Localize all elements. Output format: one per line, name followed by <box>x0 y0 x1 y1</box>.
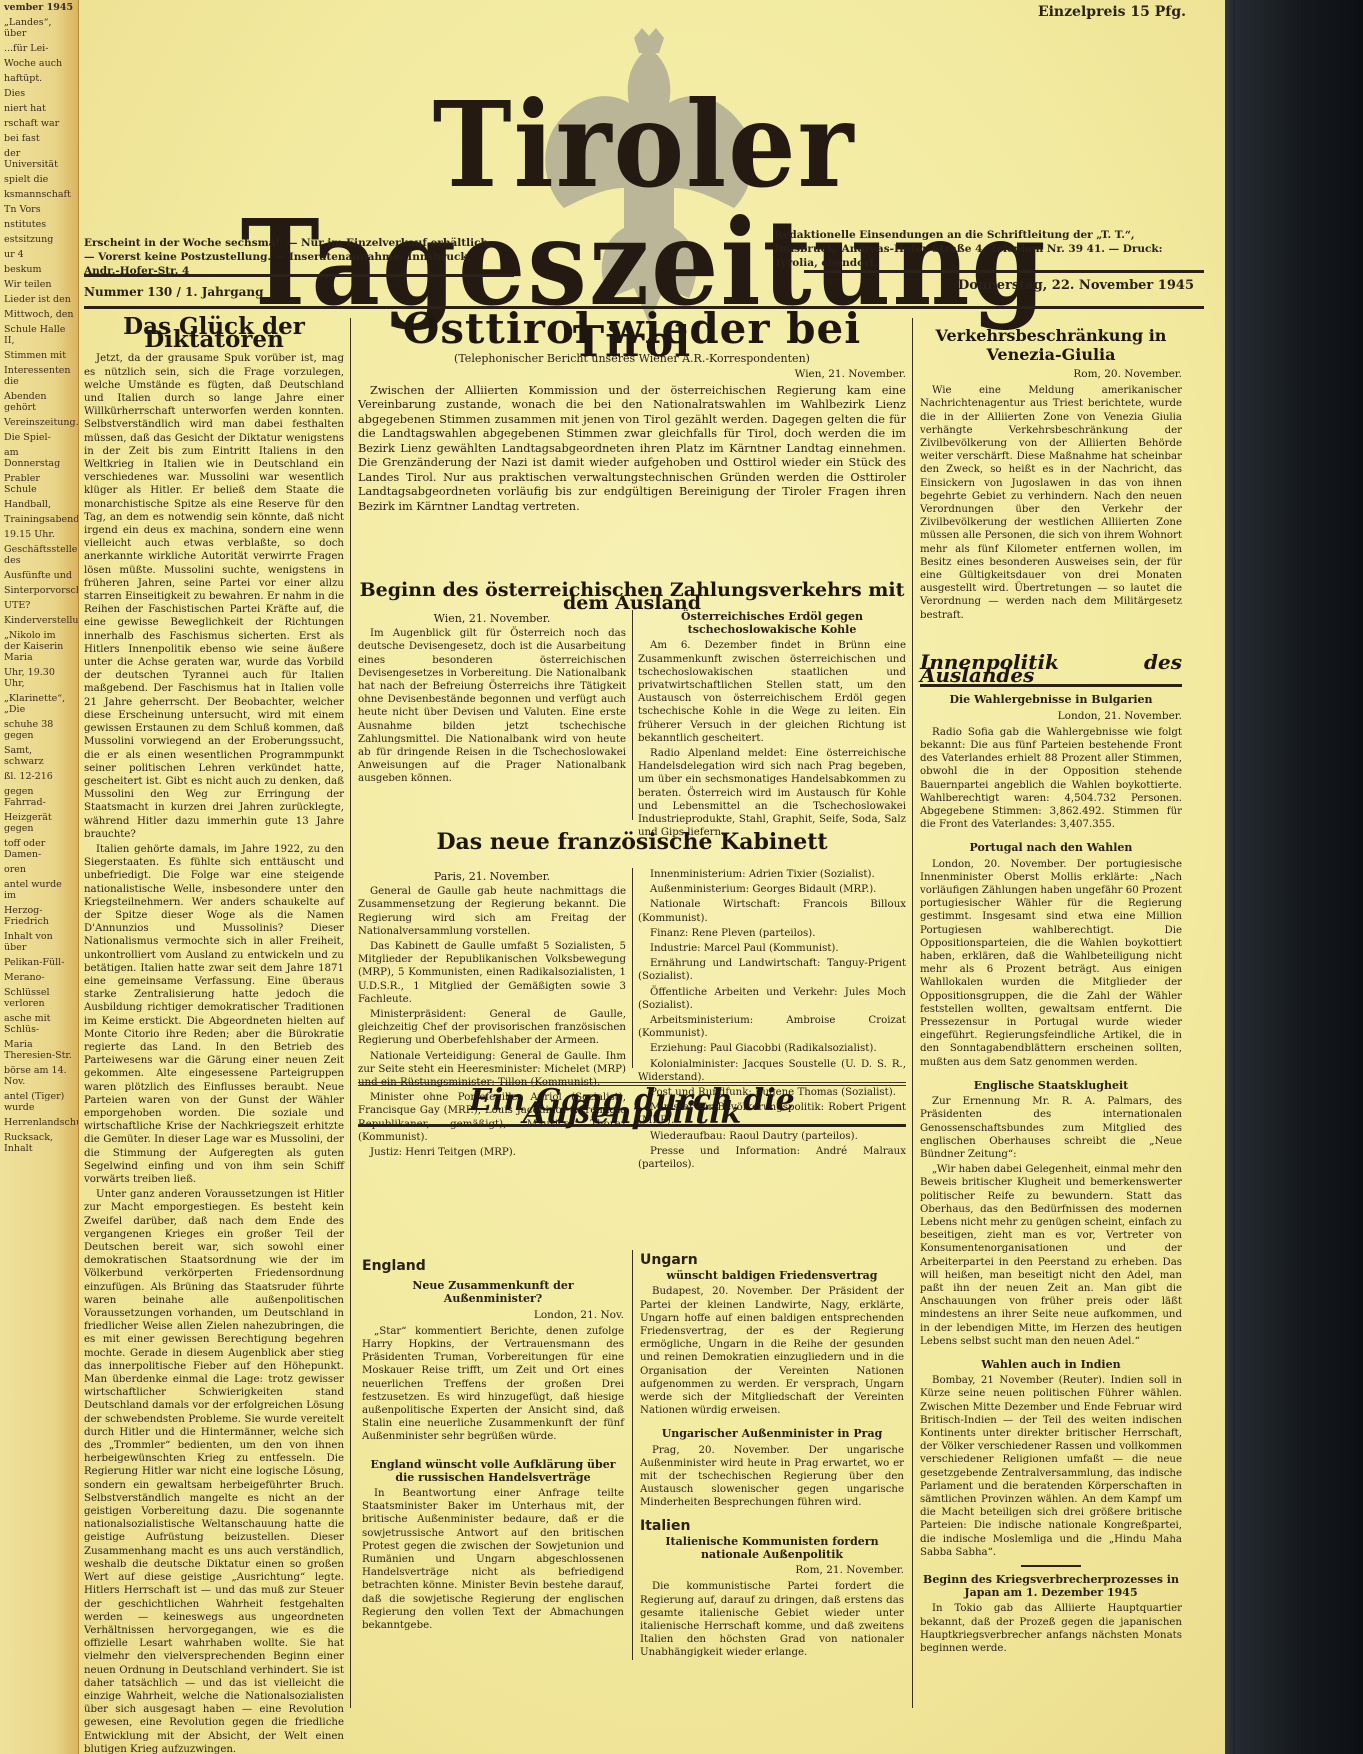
article-inner-politics: Innenpolitik des Auslandes Die Wahlergeb… <box>920 656 1182 1657</box>
headline-foreign-policy: Ein Gang durch die Außenpolitik <box>358 1082 906 1127</box>
headline-inner-politics: Innenpolitik des Auslandes <box>920 656 1182 687</box>
dateline: London, 21. Nov. <box>362 1309 624 1322</box>
book-binder <box>1213 0 1363 1754</box>
prev-page-line: Mittwoch, den <box>0 307 78 322</box>
foreign-banner-wrap: Ein Gang durch die Außenpolitik <box>358 1082 906 1127</box>
dateline: Rom, 20. November. <box>920 368 1182 381</box>
paragraph: Italien gehörte damals, im Jahre 1922, z… <box>84 843 344 1186</box>
masthead-rule-left <box>84 274 514 277</box>
prev-page-line: Vereinszeitung. <box>0 415 78 430</box>
prev-page-line: Wir teilen <box>0 277 78 292</box>
prev-page-line: Samt, schwarz <box>0 743 78 769</box>
country-italien: Italien <box>640 1520 904 1533</box>
prev-page-line: gegen Fahrrad- <box>0 784 78 810</box>
prev-page-line: Kinderverstellung <box>0 613 78 628</box>
prev-page-line: antel wurde im <box>0 877 78 903</box>
prev-page-line: „Klarinette“, „Die <box>0 691 78 717</box>
paragraph: Justiz: Henri Teitgen (MRP). <box>358 1146 626 1159</box>
prev-page-line: börse am 14. Nov. <box>0 1063 78 1089</box>
prev-page-line: Inhalt von über <box>0 929 78 955</box>
article-venezia: Verkehrsbeschränkung in Venezia-Giulia R… <box>920 326 1182 624</box>
newspaper-page: vember 1945 „Landes“, über...für Lei-Woc… <box>0 0 1225 1754</box>
prev-page-line: Lieder ist den <box>0 292 78 307</box>
paragraph: Ministerpräsident: General de Gaulle, gl… <box>358 1008 626 1048</box>
payments-right: Österreichisches Erdöl gegen tschechoslo… <box>638 610 906 841</box>
minister-entry: Presse und Information: André Malraux (p… <box>638 1145 906 1171</box>
paragraph: Radio Alpenland meldet: Eine österreichi… <box>638 747 906 839</box>
prev-page-line: Heizgerät gegen <box>0 810 78 836</box>
prev-page-line: Sinterporvorschriften <box>0 583 78 598</box>
prev-page-line: nstitutes <box>0 217 78 232</box>
prev-page-line: Pelikan-Füll- <box>0 955 78 970</box>
column-divider <box>350 318 351 1708</box>
column-divider <box>632 1250 633 1660</box>
prev-page-line: oren <box>0 862 78 877</box>
subheadline: Italienische Kommunisten fordern nationa… <box>640 1535 904 1561</box>
dateline: Wien, 21. November. <box>358 368 906 381</box>
separator <box>1021 1565 1081 1567</box>
prev-page-line: Rucksack, Inhalt <box>0 1130 78 1156</box>
dateline: Wien, 21. November. <box>358 612 626 625</box>
prev-page-line: niert hat <box>0 101 78 116</box>
paragraph: Zwischen der Alliierten Kommission und d… <box>358 384 906 515</box>
prev-page-line: Handball, <box>0 497 78 512</box>
masthead: Einzelpreis 15 Pfg. Tiroler Tageszeitung… <box>84 0 1204 290</box>
prev-page-line: UTE? <box>0 598 78 613</box>
paragraph: Das Kabinett de Gaulle umfaßt 5 Sozialis… <box>358 940 626 1006</box>
dateline: Paris, 21. November. <box>358 870 626 883</box>
editorial-info: Redaktionelle Einsendungen an die Schrif… <box>774 228 1194 270</box>
prev-page-line: toff oder Damen- <box>0 836 78 862</box>
minister-entry: Wiederaufbau: Raoul Dautry (parteilos). <box>638 1130 906 1143</box>
prev-page-line: bei fast <box>0 131 78 146</box>
paragraph: Radio Sofia gab die Wahlergebnisse wie f… <box>920 726 1182 832</box>
subheadline-oil: Österreichisches Erdöl gegen tschechoslo… <box>638 610 906 636</box>
country-england: England <box>362 1260 624 1273</box>
subheadline: Ungarischer Außenminister in Prag <box>640 1427 904 1440</box>
foreign-ungarn: Ungarn wünscht baldigen Friedensvertrag … <box>640 1252 904 1662</box>
paragraph: Prag, 20. November. Der ungarische Außen… <box>640 1444 904 1510</box>
subheadline: Beginn des Kriegsverbrecherprozesses in … <box>920 1573 1182 1599</box>
prev-page-line: Stimmen mit <box>0 348 78 363</box>
prev-page-line: Prabler Schule <box>0 471 78 497</box>
minister-entry: Öffentliche Arbeiten und Verkehr: Jules … <box>638 986 906 1012</box>
paragraph: In Beantwortung einer Anfrage teilte Sta… <box>362 1487 624 1632</box>
prev-page-line: Dies <box>0 86 78 101</box>
prev-page-line: Uhr, 19.30 Uhr, <box>0 665 78 691</box>
headline-payments: Beginn des österreichischen Zahlungsverk… <box>358 584 906 610</box>
minister-entry: Innenministerium: Adrien Tixier (Soziali… <box>638 868 906 881</box>
prev-page-line: schuhe 38 gegen <box>0 717 78 743</box>
paragraph: Am 6. Dezember findet in Brünn eine Zusa… <box>638 639 906 745</box>
prev-page-line: ßl. 12-216 <box>0 769 78 784</box>
prev-page-line: ...für Lei- <box>0 41 78 56</box>
paragraph: Wie eine Meldung amerikanischer Nachrich… <box>920 384 1182 622</box>
headline-venezia: Verkehrsbeschränkung in Venezia-Giulia <box>920 326 1182 364</box>
price: Einzelpreis 15 Pfg. <box>1038 4 1186 20</box>
prev-page-line: Trainingsabend <box>0 512 78 527</box>
payments-left: Wien, 21. November. Im Augenblick gilt f… <box>358 610 626 788</box>
country-ungarn: Ungarn <box>640 1254 904 1267</box>
subheadline: Wahlen auch in Indien <box>920 1358 1182 1371</box>
minister-entry: Finanz: Rene Pleven (parteilos). <box>638 927 906 940</box>
article-cabinet: Das neue französische Kabinett <box>358 832 906 855</box>
headline-cabinet: Das neue französische Kabinett <box>358 836 906 849</box>
article-osttirol: Osttirol wieder bei Tirol (Telephonische… <box>358 320 906 516</box>
minister-entry: Kolonialminister: Jacques Soustelle (U. … <box>638 1058 906 1084</box>
paragraph: London, 20. November. Der portugiesische… <box>920 858 1182 1069</box>
minister-entry: Nationale Wirtschaft: Francois Billoux (… <box>638 898 906 924</box>
foreign-england: England Neue Zusammenkunft der Außenmini… <box>362 1258 624 1634</box>
prev-page-line: der Universität <box>0 146 78 172</box>
prev-page-line: Merano- <box>0 970 78 985</box>
paragraph: „Star“ kommentiert Berichte, denen zufol… <box>362 1325 624 1444</box>
prev-page-lines: „Landes“, über...für Lei-Woche auchhaftü… <box>0 15 78 1156</box>
prev-page-line: Woche auch <box>0 56 78 71</box>
prev-page-line: estsitzung <box>0 232 78 247</box>
column-divider <box>912 318 913 1708</box>
prev-page-line: 19.15 Uhr. <box>0 527 78 542</box>
subheadline: Die Wahlergebnisse in Bulgarien <box>920 693 1182 706</box>
prev-page-line: beskum <box>0 262 78 277</box>
prev-page-date: vember 1945 <box>0 0 78 15</box>
paragraph: Im Augenblick gilt für Österreich noch d… <box>358 627 626 785</box>
prev-page-line: haftüpt. <box>0 71 78 86</box>
dateline: London, 21. November. <box>920 710 1182 723</box>
minister-entry: Ernährung und Landwirtschaft: Tanguy-Pri… <box>638 957 906 983</box>
paragraph: Zur Ernennung Mr. R. A. Palmars, des Prä… <box>920 1095 1182 1161</box>
prev-page-line: Ausfünfte und <box>0 568 78 583</box>
headline-osttirol: Osttirol wieder bei Tirol <box>358 322 906 348</box>
paragraph: Jetzt, da der grausame Spuk vorüber ist,… <box>84 352 344 841</box>
prev-page-line: antel (Tiger) wurde <box>0 1089 78 1115</box>
paragraph: General de Gaulle gab heute nachmittags … <box>358 885 626 938</box>
prev-page-line: Tn Vors <box>0 202 78 217</box>
paragraph: Budapest, 20. November. Der Präsident de… <box>640 1285 904 1417</box>
minister-entry: Arbeitsministerium: Ambroise Croizat (Ko… <box>638 1014 906 1040</box>
issue-number: Nummer 130 / 1. Jahrgang <box>84 285 264 299</box>
subheadline: England wünscht volle Aufklärung über di… <box>362 1458 624 1484</box>
column-divider <box>632 868 633 1068</box>
article-dictators: Das Glück der Diktatoren Jetzt, da der g… <box>84 318 344 1754</box>
osttirol-subtitle: (Telephonischer Bericht unseres Wiener A… <box>358 352 906 365</box>
previous-page-strip: vember 1945 „Landes“, über...für Lei-Woc… <box>0 0 79 1754</box>
paragraph: Unter ganz anderen Voraussetzungen ist H… <box>84 1188 344 1754</box>
prev-page-line: Herrenlandschuh <box>0 1115 78 1130</box>
prev-page-line: Schlüssel verloren <box>0 985 78 1011</box>
prev-page-line: rschaft war <box>0 116 78 131</box>
prev-page-line: Schule Halle II, <box>0 322 78 348</box>
prev-page-line: Abenden gehört <box>0 389 78 415</box>
subheadline: Neue Zusammenkunft der Außenminister? <box>362 1279 624 1305</box>
prev-page-line: Maria Theresien-Str. <box>0 1037 78 1063</box>
subheadline: Englische Staatsklugheit <box>920 1079 1182 1092</box>
masthead-rule-right <box>804 270 1204 273</box>
paragraph: „Wir haben dabei Gelegenheit, einmal meh… <box>920 1163 1182 1348</box>
prev-page-line: spielt die <box>0 172 78 187</box>
paragraph: In Tokio gab das Alliierte Hauptquartier… <box>920 1602 1182 1655</box>
paragraph: Bombay, 21 November (Reuter). Indien sol… <box>920 1374 1182 1559</box>
prev-page-line: Herzog-Friedrich <box>0 903 78 929</box>
prev-page-line: ksmannschaft <box>0 187 78 202</box>
prev-page-line: „Nikolo im der Kaiserin Maria <box>0 628 78 665</box>
headline-dictators: Das Glück der Diktatoren <box>84 320 344 346</box>
minister-entry: Außenministerium: Georges Bidault (MRP.)… <box>638 883 906 896</box>
publication-info: Erscheint in der Woche sechsmal. — Nur i… <box>84 236 504 278</box>
column-divider <box>632 610 633 820</box>
prev-page-line: Interessenten die <box>0 363 78 389</box>
prev-page-line: am Donnerstag <box>0 445 78 471</box>
prev-page-line: „Landes“, über <box>0 15 78 41</box>
prev-page-line: Die Spiel- <box>0 430 78 445</box>
issue-date: Donnerstag, 22. November 1945 <box>958 278 1194 293</box>
subheadline: Portugal nach den Wahlen <box>920 841 1182 854</box>
minister-entry: Erziehung: Paul Giacobbi (Radikalsoziali… <box>638 1042 906 1055</box>
minister-entry: Industrie: Marcel Paul (Kommunist). <box>638 942 906 955</box>
prev-page-line: Geschäftsstelle des <box>0 542 78 568</box>
paragraph: Die kommunistische Partei fordert die Re… <box>640 1580 904 1659</box>
prev-page-line: ur 4 <box>0 247 78 262</box>
dateline: Rom, 21. November. <box>640 1564 904 1577</box>
subheadline: wünscht baldigen Friedensvertrag <box>640 1269 904 1282</box>
prev-page-line: asche mit Schlüs- <box>0 1011 78 1037</box>
